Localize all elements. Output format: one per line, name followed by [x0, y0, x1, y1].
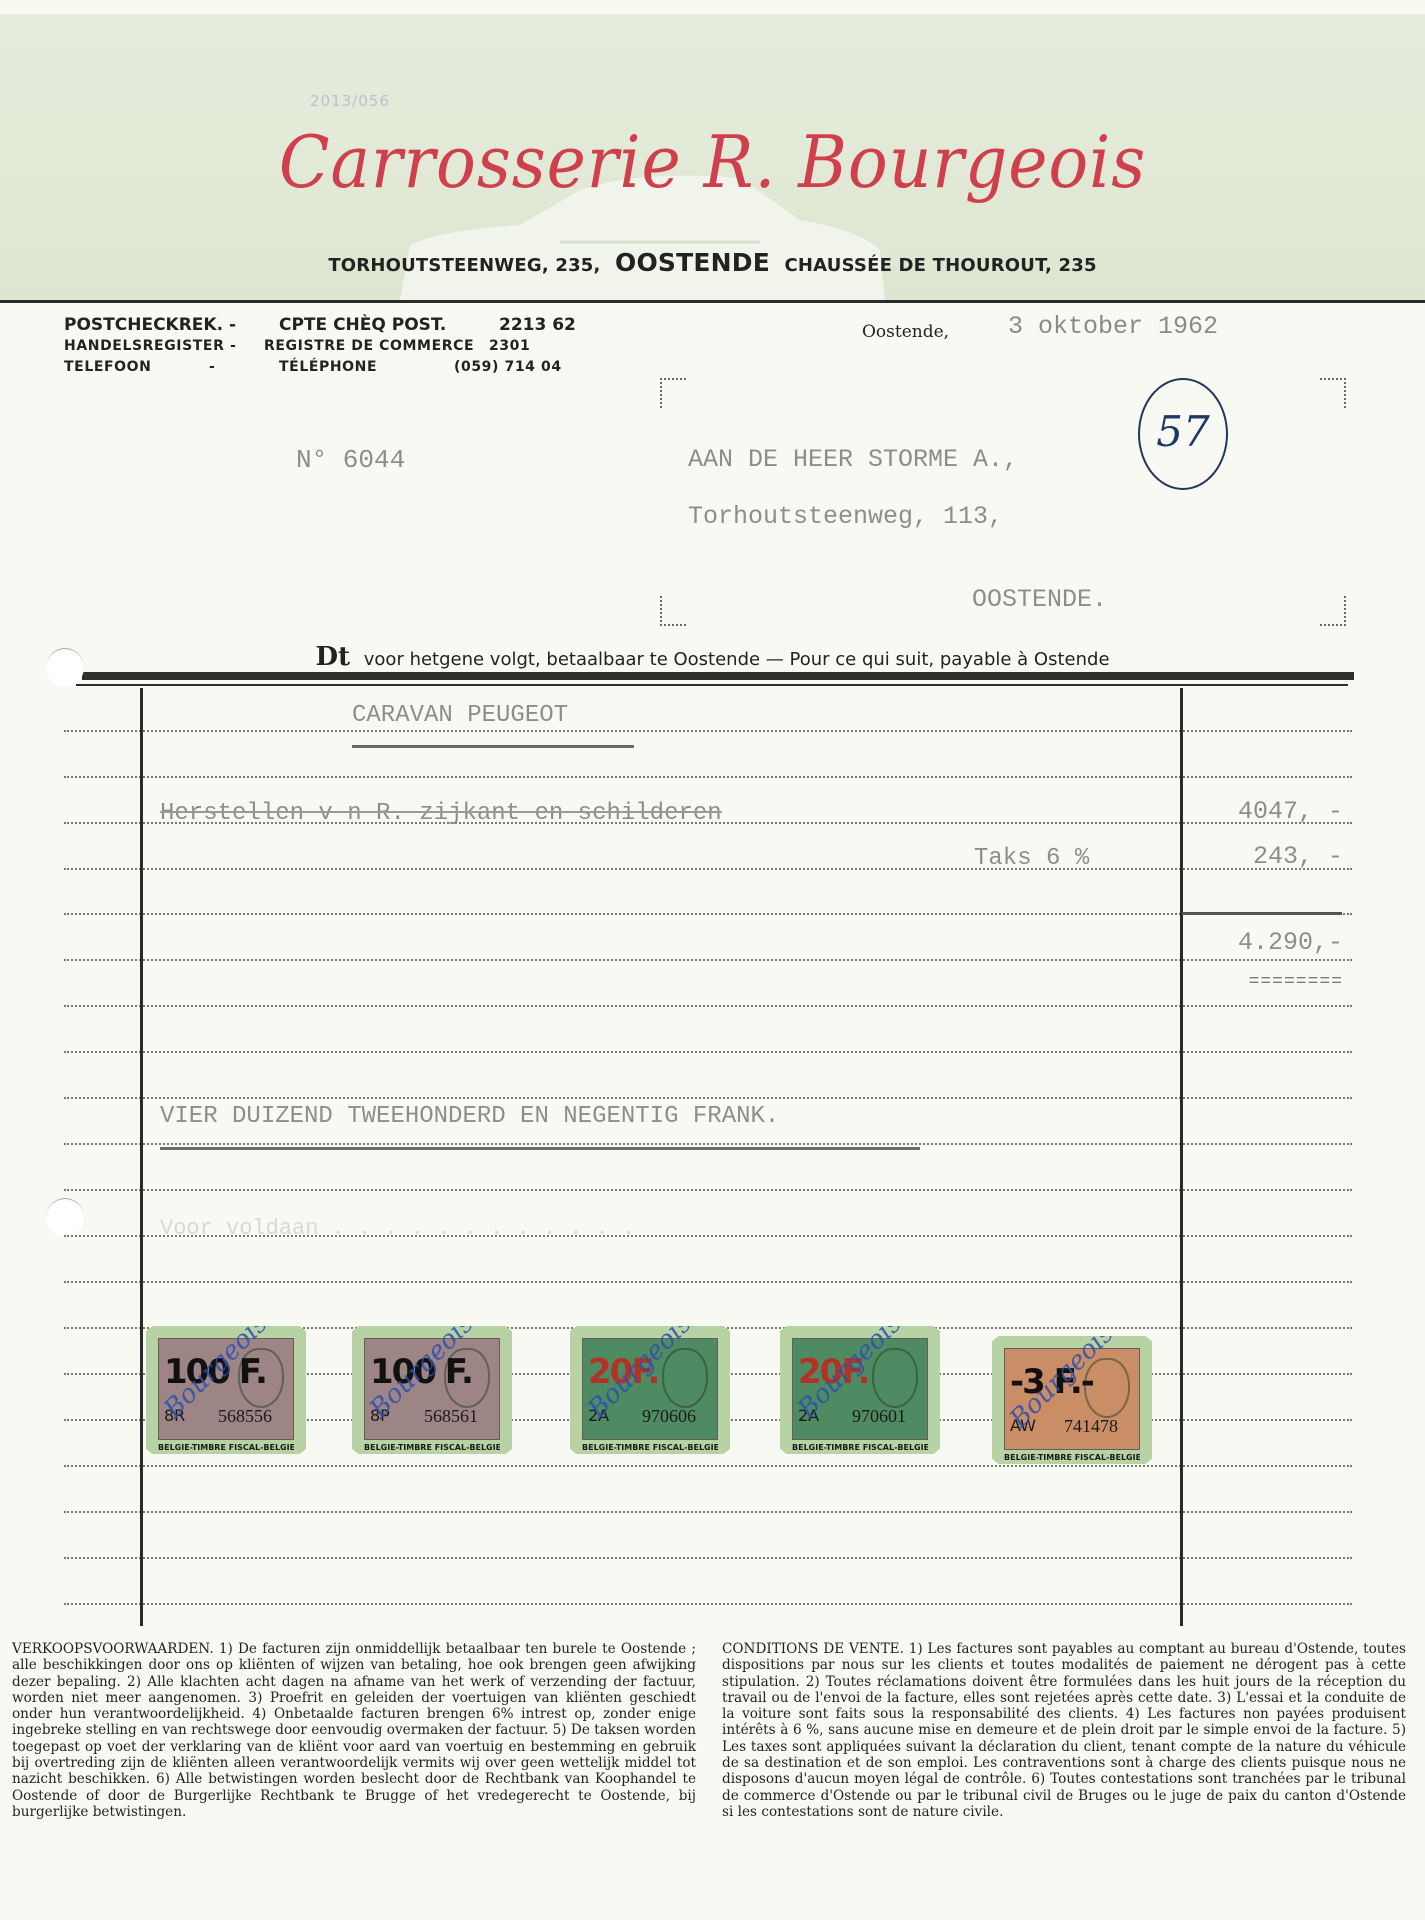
ruled-line: [64, 1281, 1352, 1283]
label-nl: TELEFOON: [64, 357, 209, 378]
fiscal-stamp: 20F. 2A 970601 BELGIE-TIMBRE FISCAL-BELG…: [780, 1326, 940, 1454]
ruled-line: [64, 1511, 1352, 1513]
fiscal-stamp: 20F. 2A 970606 BELGIE-TIMBRE FISCAL-BELG…: [570, 1326, 730, 1454]
ruled-line: [64, 1465, 1352, 1467]
left-margin-rule: [140, 688, 143, 1626]
label-fr: REGISTRE DE COMMERCE: [264, 336, 489, 357]
ruled-line: [64, 1189, 1352, 1191]
invoice-date: 3 oktober 1962: [1008, 312, 1218, 341]
ruled-line: [64, 913, 1352, 915]
debit-prefix: Dt: [315, 642, 350, 672]
ruled-line: [64, 959, 1352, 961]
contact-row-register: HANDELSREGISTER - REGISTRE DE COMMERCE 2…: [64, 336, 576, 357]
contact-row-postcheck: POSTCHECKREK. - CPTE CHÈQ POST. 2213 62: [64, 314, 576, 336]
total-rule: [1182, 912, 1342, 915]
terms-french: CONDITIONS DE VENTE. 1) Les factures son…: [722, 1641, 1406, 1820]
contact-row-phone: TELEFOON - TÉLÉPHONE (059) 714 04: [64, 357, 576, 378]
fiscal-stamp: -3 F.- AW 741478 BELGIE-TIMBRE FISCAL-BE…: [992, 1336, 1152, 1464]
item-title-underline: [352, 745, 634, 748]
total-double-underline: ========: [1249, 972, 1343, 992]
ruled-line: [64, 1097, 1352, 1099]
address-corner-mark: [1320, 596, 1346, 626]
amount-column-rule: [1180, 688, 1183, 1626]
ruled-line: [64, 1005, 1352, 1007]
ruled-line: [64, 868, 1352, 870]
phone-number: (059) 714 04: [454, 357, 562, 378]
amount-in-words: VIER DUIZEND TWEEHONDERD EN NEGENTIG FRA…: [160, 1103, 779, 1130]
tax-label: Taks 6 %: [974, 845, 1089, 872]
ruled-line: [64, 1603, 1352, 1605]
punch-hole: [46, 1198, 84, 1237]
company-address: TORHOUTSTEENWEG, 235, OOSTENDE CHAUSSÉE …: [0, 248, 1425, 277]
label-fr: CPTE CHÈQ POST.: [279, 314, 499, 336]
contact-block: POSTCHECKREK. - CPTE CHÈQ POST. 2213 62 …: [64, 314, 576, 378]
place-label: Oostende,: [862, 322, 949, 342]
label-nl: POSTCHECKREK. -: [64, 314, 279, 336]
address-corner-mark: [660, 596, 686, 626]
ruled-line: [64, 730, 1352, 732]
payable-text: voor hetgene volgt, betaalbaar te Oosten…: [364, 649, 1110, 670]
recipient-name: AAN DE HEER STORME A.,: [688, 445, 1018, 474]
fiscal-stamp: 100 F. 8P 568561 BELGIE-TIMBRE FISCAL-BE…: [352, 1326, 512, 1454]
ruled-line: [64, 1143, 1352, 1145]
header-divider-thin: [76, 684, 1348, 686]
company-name: Carrosserie R. Bourgeois: [57, 120, 1368, 204]
punch-hole: [46, 648, 84, 687]
register-number: 2301: [489, 336, 530, 357]
ruled-line: [64, 1557, 1352, 1559]
address-corner-mark: [1320, 378, 1346, 408]
recipient-city: OOSTENDE.: [972, 585, 1107, 614]
postcheck-number: 2213 62: [499, 314, 576, 336]
ruled-line: [64, 1051, 1352, 1053]
item-amount: 4047, -: [1238, 797, 1343, 826]
recipient-street: Torhoutsteenweg, 113,: [688, 502, 1003, 531]
address-dutch: TORHOUTSTEENWEG, 235,: [328, 255, 600, 276]
address-french: CHAUSSÉE DE THOUROUT, 235: [785, 255, 1097, 276]
invoice-number: N° 6044: [296, 445, 405, 475]
address-city: OOSTENDE: [615, 248, 770, 277]
terms-dutch: VERKOOPSVOORWAARDEN. 1) De facturen zijn…: [12, 1641, 696, 1820]
pencil-note: 2013/056: [310, 92, 390, 110]
amount-in-words-underline: [160, 1147, 920, 1150]
ruled-line: [64, 776, 1352, 778]
label-fr: TÉLÉPHONE: [279, 357, 394, 378]
total-amount: 4.290,-: [1238, 928, 1343, 957]
faint-receipt-note: Voor voldaan . . . . . . . . . . . .: [160, 1216, 635, 1241]
label-nl: HANDELSREGISTER -: [64, 336, 264, 357]
header-divider: [82, 672, 1354, 680]
item-description: Herstellen v n R. zijkant en schilderen: [160, 800, 722, 827]
fiscal-stamp: 100 F. 8R 568556 BELGIE-TIMBRE FISCAL-BE…: [146, 1326, 306, 1454]
tax-amount: 243, -: [1253, 842, 1343, 871]
handwritten-circled-mark: 57: [1138, 378, 1228, 490]
item-title: CARAVAN PEUGEOT: [352, 702, 568, 729]
address-corner-mark: [660, 378, 686, 408]
separator: -: [209, 357, 279, 378]
payable-line: Dt voor hetgene volgt, betaalbaar te Oos…: [0, 642, 1425, 672]
